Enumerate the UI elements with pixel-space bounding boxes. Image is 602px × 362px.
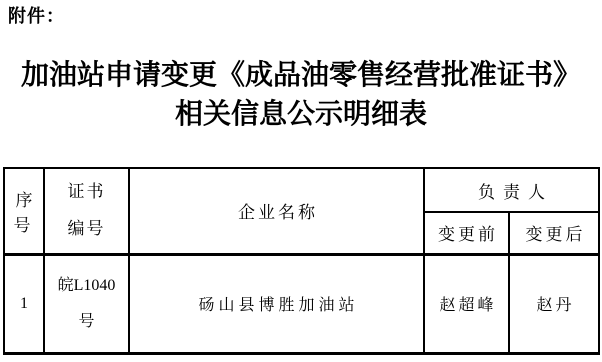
table-header-row-1: 序号 证书编号 企业名称 负责人 <box>4 168 599 212</box>
header-after-change: 变更后 <box>509 212 599 254</box>
header-serial-number: 序号 <box>4 168 44 254</box>
title-line-2: 相关信息公示明细表 <box>0 95 602 134</box>
table-row: 1 皖L1040号 砀山县博胜加油站 赵超峰 赵丹 <box>4 254 599 353</box>
page-title: 加油站申请变更《成品油零售经营批准证书》 相关信息公示明细表 <box>0 56 602 134</box>
header-person-in-charge: 负责人 <box>424 168 599 212</box>
document-page: 附件： 加油站申请变更《成品油零售经营批准证书》 相关信息公示明细表 序号 证书… <box>0 0 602 362</box>
cell-company-name: 砀山县博胜加油站 <box>129 254 424 353</box>
cell-certificate-number: 皖L1040号 <box>44 254 129 353</box>
header-certificate-number-label: 证书编号 <box>67 174 105 247</box>
cell-person-after: 赵丹 <box>509 254 599 353</box>
header-company-name: 企业名称 <box>129 168 424 254</box>
title-line-1: 加油站申请变更《成品油零售经营批准证书》 <box>0 56 602 95</box>
cell-certificate-number-value: 皖L1040号 <box>51 268 123 340</box>
cell-person-before: 赵超峰 <box>424 254 509 353</box>
header-certificate-number: 证书编号 <box>44 168 129 254</box>
header-before-change: 变更前 <box>424 212 509 254</box>
attachment-label: 附件： <box>8 2 65 28</box>
cell-serial-number: 1 <box>4 254 44 353</box>
info-table: 序号 证书编号 企业名称 负责人 变更前 变更后 1 皖L1040号 砀山县博胜… <box>3 167 600 355</box>
